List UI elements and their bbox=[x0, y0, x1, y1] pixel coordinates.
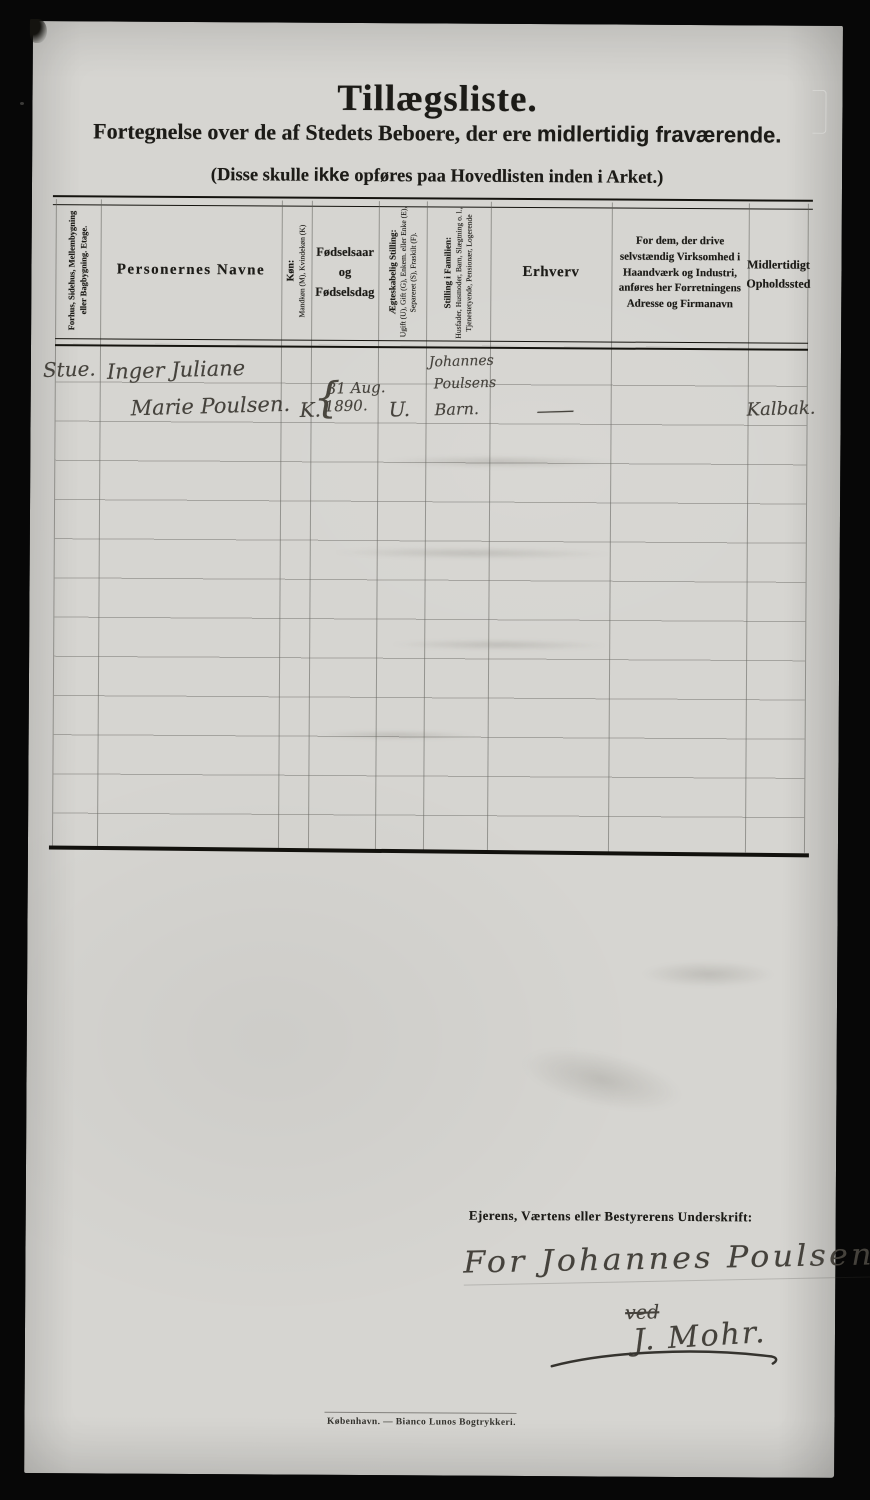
binding-mark bbox=[30, 19, 47, 43]
col-header-occupation: Erhverv bbox=[490, 204, 612, 342]
instruction-emphasis: ikke bbox=[314, 164, 350, 185]
entry-occupation-dash: — bbox=[535, 400, 575, 422]
col-header-family-sub: Husfader, Husmoder, Barn, Slægtning o. l… bbox=[454, 205, 475, 339]
entry-family-line3: Barn. bbox=[434, 399, 479, 419]
col-header-marital-title: Ægteskabelig Stilling: bbox=[387, 205, 399, 339]
bleed-through-mark bbox=[292, 545, 652, 562]
entry-family-line2: Poulsens bbox=[434, 375, 497, 393]
document-page: Tillægsliste. Fortegnelse over de af Ste… bbox=[24, 21, 843, 1478]
entry-birth-line2: 1890. bbox=[324, 396, 367, 415]
col-header-family: Stilling i Familien: Husfader, Husmoder,… bbox=[426, 203, 491, 340]
entry-residence: Kalbak. bbox=[746, 398, 815, 421]
col-header-sex-sub: Mandkøn (M), Kvindekøn (K) bbox=[297, 225, 308, 318]
footer-imprint: København. — Bianco Lunos Bogtrykkeri. bbox=[296, 1417, 546, 1429]
census-table: Forhus, Sidehus, Mellembygning eller Bag… bbox=[52, 197, 809, 857]
subtitle: Fortegnelse over de af Stedets Beboere, … bbox=[32, 118, 842, 149]
entry-building: Stue. bbox=[43, 356, 96, 382]
bleed-through-mark bbox=[291, 729, 501, 742]
bleed-through-mark bbox=[350, 453, 650, 471]
signature-struck-word: ved bbox=[625, 1301, 660, 1324]
signature-label: Ejerens, Værtens eller Bestyrerens Under… bbox=[446, 1208, 776, 1226]
col-header-birth-label: Fødselsaar og Fødselsdag bbox=[315, 241, 374, 301]
col-header-names-label: Personernes Navne bbox=[117, 262, 266, 280]
instruction-note: (Disse skulle ikke opføres paa Hovedlist… bbox=[32, 162, 842, 190]
col-header-names: Personernes Navne bbox=[100, 201, 282, 339]
entry-marital: U. bbox=[388, 397, 410, 422]
col-header-sex-title: Køn: bbox=[284, 225, 298, 318]
col-header-residence-label: Midlertidigt Opholdssted bbox=[746, 255, 810, 293]
col-header-occupation-label: Erhverv bbox=[522, 264, 579, 281]
col-header-birth: Fødselsaar og Fødselsdag bbox=[311, 203, 379, 340]
col-header-family-title: Stilling i Familien: bbox=[442, 205, 455, 339]
subtitle-text: Fortegnelse over de af Stedets Beboere, … bbox=[93, 118, 537, 146]
subtitle-emphasis: midlertidig fraværende. bbox=[537, 121, 782, 147]
bleed-through-mark bbox=[623, 957, 793, 992]
bleed-through-mark bbox=[491, 1023, 711, 1136]
scanned-census-page: { "document": { "title": "Tillægsliste."… bbox=[0, 0, 870, 1500]
col-header-building: Forhus, Sidehus, Mellembygning eller Bag… bbox=[55, 201, 101, 338]
entry-birth-line1: 31 Aug. bbox=[327, 378, 386, 398]
entry-name-line1: Inger Juliane bbox=[107, 356, 246, 384]
col-header-marital: Ægteskabelig Stilling: Ugift (U), Gift (… bbox=[378, 203, 427, 340]
bleed-through-mark bbox=[359, 637, 639, 653]
footer-rule bbox=[325, 1412, 517, 1414]
col-header-marital-sub: Ugift (U), Gift (G), Enkem. eller Enke (… bbox=[398, 205, 419, 339]
entry-family-line1: Johannes bbox=[429, 353, 494, 371]
entry-name-line2: Marie Poulsen. bbox=[130, 392, 290, 421]
instruction-pre: (Disse skulle bbox=[211, 165, 314, 186]
col-header-sex: Køn: Mandkøn (M), Kvindekøn (K) bbox=[281, 203, 312, 340]
col-header-residence: Midlertidigt Opholdssted bbox=[748, 205, 809, 342]
dust-speck bbox=[20, 102, 24, 105]
col-header-business: For dem, der drive selvstændig Virksomhe… bbox=[611, 205, 749, 343]
col-header-building-label: Forhus, Sidehus, Mellembygning eller Bag… bbox=[66, 203, 91, 337]
signature-flourish bbox=[548, 1342, 788, 1373]
col-header-business-label: For dem, der drive selvstændig Virksomhe… bbox=[615, 233, 744, 313]
page-title: Tillægsliste. bbox=[32, 75, 842, 123]
instruction-post: opføres paa Hovedlisten inden i Arket.) bbox=[350, 166, 664, 188]
signature-for-line: For Johannes Poulsen bbox=[463, 1237, 870, 1286]
